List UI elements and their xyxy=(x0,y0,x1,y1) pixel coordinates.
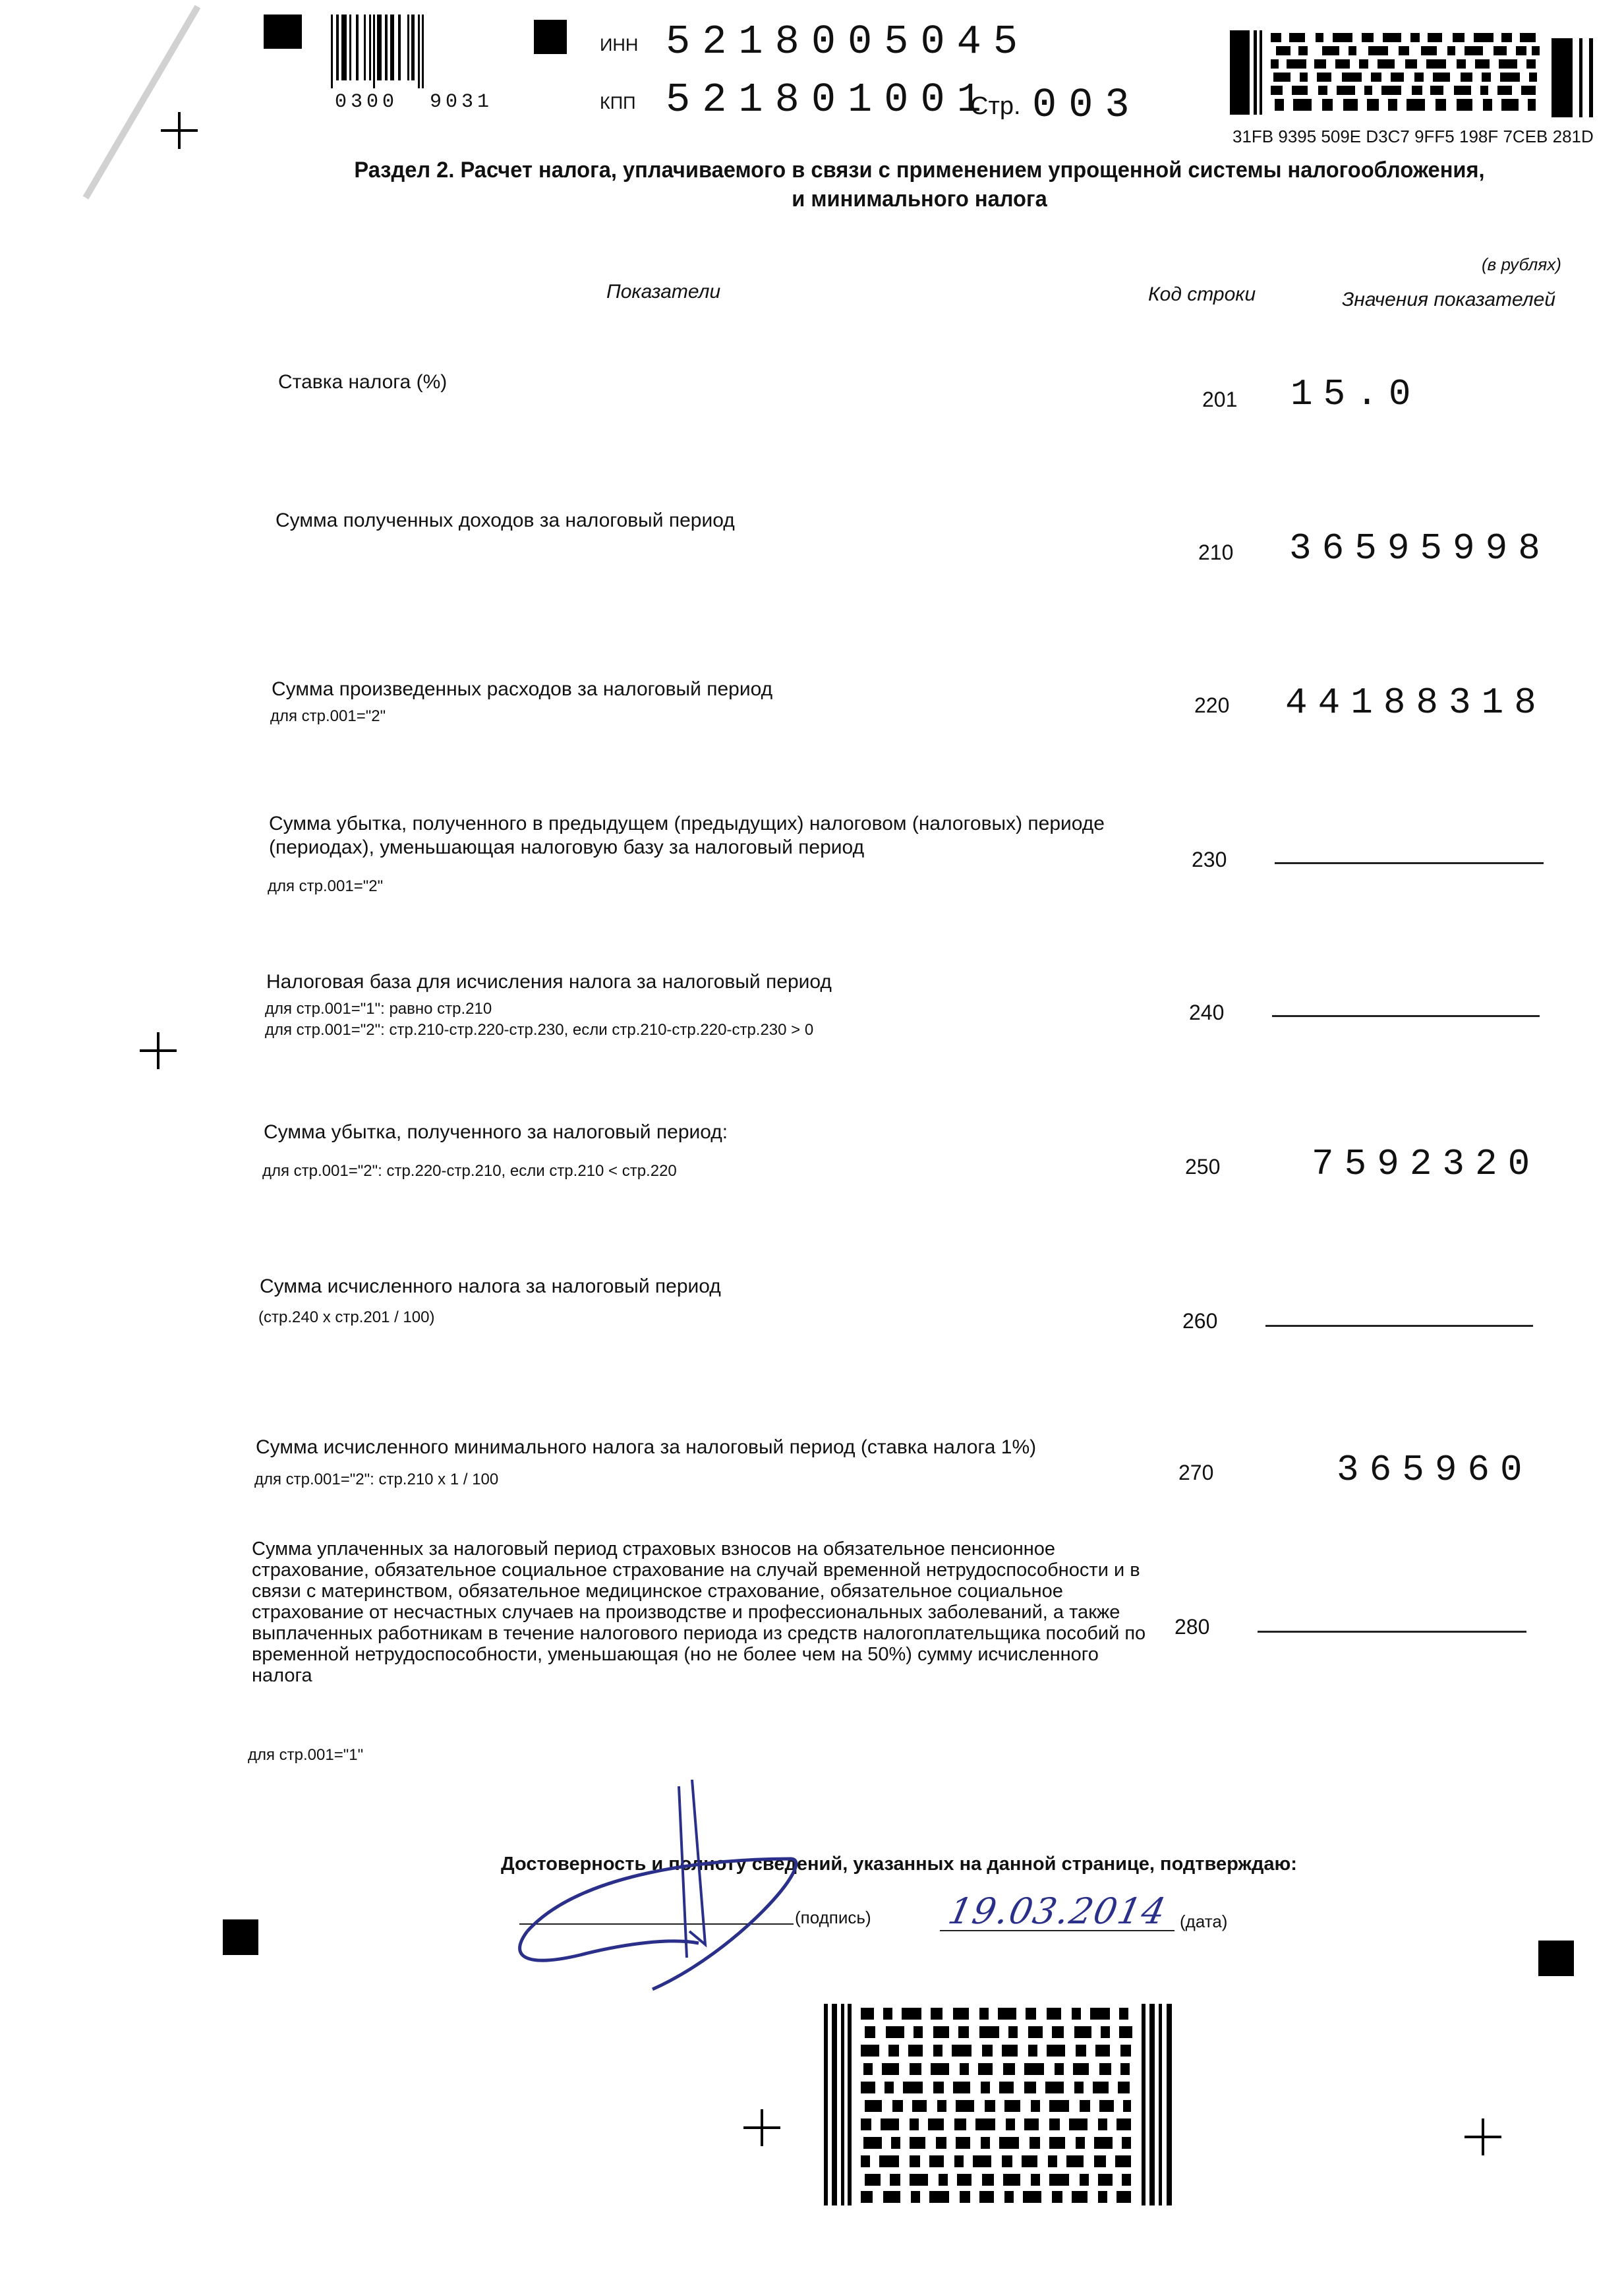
inn-label: ИНН xyxy=(600,29,638,57)
row-280-note: для стр.001="1" xyxy=(248,1745,363,1765)
crosshair-mark xyxy=(743,2109,780,2146)
handwritten-signature xyxy=(501,1780,844,2004)
column-header-values: Значения показателей xyxy=(1342,289,1555,311)
row-250-note: для стр.001="2": стр.220-стр.210, если с… xyxy=(262,1161,677,1181)
row-201-value: 15.0 xyxy=(1290,373,1421,415)
row-260-empty-dash xyxy=(1265,1325,1533,1327)
row-270-label: Сумма исчисленного минимального налога з… xyxy=(256,1436,1036,1459)
registration-marker xyxy=(223,1919,258,1955)
column-header-indicators: Показатели xyxy=(606,281,720,303)
date-label: (дата) xyxy=(1180,1912,1227,1932)
row-201-code: 201 xyxy=(1202,388,1237,412)
crosshair-mark xyxy=(1464,2118,1501,2155)
row-260-label: Сумма исчисленного налога за налоговый п… xyxy=(260,1275,721,1299)
row-280-code: 280 xyxy=(1174,1615,1209,1639)
row-220-code: 220 xyxy=(1194,693,1229,718)
pdf417-code-text: 31FB 9395 509E D3C7 9FF5 198F 7CEB 281D xyxy=(1232,127,1594,147)
row-240-note-1: для стр.001="1": равно стр.210 xyxy=(265,999,492,1019)
pdf417-barcode-bottom xyxy=(824,2004,1180,2205)
section-title: Раздел 2. Расчет налога, уплачиваемого в… xyxy=(290,156,1549,214)
row-270-code: 270 xyxy=(1178,1461,1213,1485)
section-title-line1: Раздел 2. Расчет налога, уплачиваемого в… xyxy=(290,156,1549,185)
row-210-code: 210 xyxy=(1198,540,1233,565)
registration-marker xyxy=(264,15,302,49)
row-220-note: для стр.001="2" xyxy=(270,707,386,726)
registration-marker xyxy=(534,20,567,54)
row-240-code: 240 xyxy=(1189,1001,1224,1025)
row-230-code: 230 xyxy=(1192,848,1227,872)
row-240-empty-dash xyxy=(1272,1015,1540,1017)
crosshair-mark xyxy=(140,1032,177,1069)
page-label: Стр. xyxy=(970,92,1021,121)
inn-value: 5218005045 xyxy=(666,18,1029,65)
row-230-empty-dash xyxy=(1275,862,1544,864)
row-280-empty-dash xyxy=(1258,1631,1526,1633)
row-240-label: Налоговая база для исчисления налога за … xyxy=(266,970,832,994)
row-270-value: 365960 xyxy=(1337,1449,1533,1491)
page-number: 003 xyxy=(1032,82,1142,129)
row-240-note-2: для стр.001="2": стр.210-стр.220-стр.230… xyxy=(265,1020,813,1040)
date-value: 19.03.2014 xyxy=(944,1890,1171,1932)
section-title-line2: и минимального налога xyxy=(290,185,1549,214)
row-270-note: для стр.001="2": стр.210 х 1 / 100 xyxy=(254,1470,498,1490)
kpp-value: 521801001 xyxy=(666,76,993,123)
barcode-number: 0300 9031 xyxy=(335,91,493,113)
row-220-label: Сумма произведенных расходов за налоговы… xyxy=(272,678,772,701)
scan-streak xyxy=(40,0,211,211)
row-260-code: 260 xyxy=(1182,1309,1217,1333)
page-barcode xyxy=(330,15,501,94)
column-header-line-code: Код строки xyxy=(1148,283,1256,306)
row-230-note: для стр.001="2" xyxy=(268,877,383,896)
row-210-value: 36595998 xyxy=(1289,527,1551,569)
units-note: (в рублях) xyxy=(1482,254,1561,275)
row-280-label: Сумма уплаченных за налоговый период стр… xyxy=(252,1538,1148,1686)
row-250-label: Сумма убытка, полученного за налоговый п… xyxy=(264,1121,728,1144)
row-201-label: Ставка налога (%) xyxy=(278,370,447,394)
row-220-value: 44188318 xyxy=(1285,682,1547,724)
kpp-label: КПП xyxy=(600,87,636,115)
row-250-value: 7592320 xyxy=(1312,1143,1540,1185)
pdf417-barcode-top xyxy=(1230,30,1624,120)
row-210-label: Сумма полученных доходов за налоговый пе… xyxy=(275,509,735,533)
registration-marker xyxy=(1538,1941,1574,1976)
row-230-label: Сумма убытка, полученного в предыдущем (… xyxy=(269,812,1113,860)
row-260-note: (стр.240 х стр.201 / 100) xyxy=(258,1308,434,1328)
row-250-code: 250 xyxy=(1185,1155,1220,1179)
